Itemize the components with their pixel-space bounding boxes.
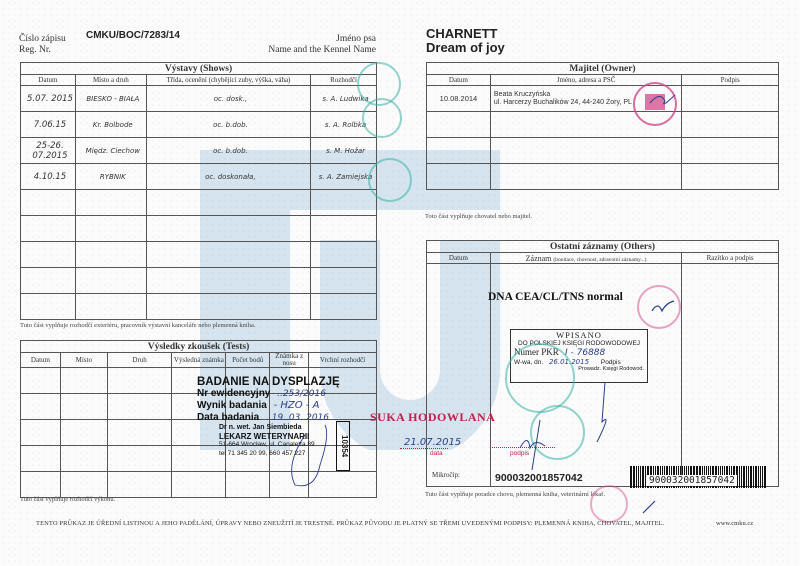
vet-address: 51-664 Wrocław, ul. Canaletta 89 <box>219 441 340 450</box>
dna-result: DNA CEA/CL/TNS normal <box>488 291 623 303</box>
reg-label-en: Reg. Nr. <box>19 45 66 56</box>
owner-col-date: Datum <box>427 75 491 86</box>
reg-number-label: Číslo zápisu Reg. Nr. <box>19 34 66 56</box>
shows-row: 4.10.15RYBNIKoc. doskonała,s. A. Zamiejs… <box>21 164 377 190</box>
shows-cell-judge <box>311 294 377 320</box>
dysplasia-title: BADANIE NA DYSPLAZJĘ <box>197 376 340 388</box>
tests-row <box>21 472 377 498</box>
tests-col-type: Druh <box>107 353 172 368</box>
dysplasia-nr-label: Nr ewidencyjny <box>197 388 270 399</box>
shows-cell-place <box>75 216 146 242</box>
shows-cell-judge <box>311 190 377 216</box>
sign-caption: podpis <box>510 450 529 457</box>
others-col-date: Datum <box>427 253 491 264</box>
dysplasia-result-label: Wynik badania <box>197 400 267 411</box>
owner-table: Majitel (Owner) Datum Jméno, adresa a PS… <box>426 62 779 190</box>
microchip-label: Mikročip: <box>427 465 491 487</box>
shows-cell-result <box>146 242 310 268</box>
shows-cell-date: 25-26. 07.2015 <box>21 138 76 164</box>
shows-cell-judge <box>311 216 377 242</box>
owner-col-signature: Podpis <box>682 75 779 86</box>
dysplasia-result-value: - HZO - A <box>270 400 320 411</box>
dog-name-label: Jméno psa Name and the Kennel Name <box>250 34 376 56</box>
others-col-record-label: Záznam <box>526 254 552 263</box>
teal-stamp-zarzad <box>505 343 575 413</box>
dog-name: CHARNETT Dream of joy <box>426 27 505 55</box>
dysplasia-date-label: Data badania <box>197 412 259 423</box>
owner-note: Toto část vyplňuje chovatel nebo majitel… <box>425 213 532 220</box>
shows-cell-place: RYBNIK <box>75 164 146 190</box>
shows-cell-result <box>146 216 310 242</box>
shows-table: Výstavy (Shows) Datum Místo a druh Třída… <box>20 62 377 320</box>
shows-cell-date <box>21 268 76 294</box>
shows-cell-place <box>75 190 146 216</box>
shows-row <box>21 190 377 216</box>
vet-number-box: 10354 <box>336 421 350 471</box>
shows-note: Tuto část vyplňuje rozhodčí exteriéru, p… <box>20 322 256 329</box>
tests-col-date: Datum <box>21 353 61 368</box>
name-label-en: Name and the Kennel Name <box>250 45 376 56</box>
shows-cell-result: oc. b.dob. <box>146 138 310 164</box>
shows-cell-place: BIESKO - BIAŁA <box>75 86 146 112</box>
shows-col-place: Místo a druh <box>75 75 146 86</box>
shows-cell-date <box>21 190 76 216</box>
shows-row <box>21 242 377 268</box>
breeding-date: 21.07.2015 <box>400 437 448 449</box>
shows-row: 7.06.15Kr. Bolbodeoc. b.dob.s. A. Rolbka <box>21 112 377 138</box>
date-caption: data <box>430 450 443 457</box>
others-col-record-hint: (bonitace, chovnost, zdravotní záznamy..… <box>553 257 646 263</box>
shows-cell-result <box>146 190 310 216</box>
shows-col-class: Třída, ocenění (chybějící zuby, výška, v… <box>146 75 310 86</box>
shows-cell-judge: s. A. Zamiejska <box>311 164 377 190</box>
owner-row: 10.08.2014 Beata Kruczyńska ul. Harcerzy… <box>427 86 779 112</box>
shows-cell-judge: s. M. Hožar <box>311 138 377 164</box>
shows-row: 5.07. 2015BIESKO - BIAŁAoc. dosk.,s. A. … <box>21 86 377 112</box>
website-link[interactable]: www.cmku.cz <box>716 520 753 527</box>
shows-cell-date <box>21 294 76 320</box>
shows-title: Výstavy (Shows) <box>21 63 377 75</box>
others-col-record: Záznam (bonitace, chovnost, zdravotní zá… <box>490 253 681 264</box>
shows-row: 25-26. 07.2015Międz. Ciechowoc. b.dob.s.… <box>21 138 377 164</box>
shows-cell-date <box>21 216 76 242</box>
breeding-stamp: SUKA HODOWLANA <box>370 410 495 425</box>
shows-cell-place <box>75 294 146 320</box>
tests-note: Tuto část vyplňuje rozhodčí výkonu. <box>20 496 115 503</box>
owner-date: 10.08.2014 <box>427 86 491 112</box>
tests-col-nose: Známka z nosu <box>270 353 309 368</box>
shows-col-date: Datum <box>21 75 76 86</box>
microchip-number: 900032001857042 <box>495 472 583 484</box>
vet-phone: tel 71 345 20 99, 660 457 227 <box>219 450 340 459</box>
teal-stamp-3 <box>368 158 412 202</box>
dysplasia-stamp: BADANIE NA DYSPLAZJĘ Nr ewidencyjny ..25… <box>197 376 340 458</box>
shows-cell-judge <box>311 268 377 294</box>
owner-title: Majitel (Owner) <box>427 63 779 75</box>
barcode-text: 900032001857042 <box>647 475 737 486</box>
owner-signature <box>682 86 779 112</box>
reg-label-cz: Číslo zápisu <box>19 34 66 45</box>
shows-cell-date: 7.06.15 <box>21 112 76 138</box>
shows-cell-date: 4.10.15 <box>21 164 76 190</box>
shows-cell-result <box>146 268 310 294</box>
dysplasia-date-value: ..19..03..2016 <box>262 413 329 423</box>
shows-row <box>21 216 377 242</box>
shows-cell-date: 5.07. 2015 <box>21 86 76 112</box>
shows-cell-result: oc. doskonała, <box>146 164 310 190</box>
pink-stamp-others <box>637 285 681 329</box>
dog-name-line1: CHARNETT <box>426 27 505 41</box>
others-col-stamp: Razítko a podpis <box>682 253 779 264</box>
tests-col-grade: Výsledná známka <box>172 353 226 368</box>
tests-col-points: Počet bodů <box>226 353 270 368</box>
shows-cell-result: oc. b.dob. <box>146 112 310 138</box>
others-note: Tuto část vyplňuje poradce chovu, plemen… <box>425 491 605 498</box>
shows-cell-place: Międz. Ciechow <box>75 138 146 164</box>
shows-cell-result: oc. dosk., <box>146 86 310 112</box>
shows-cell-date <box>21 242 76 268</box>
reg-number: CMKU/BOC/7283/14 <box>86 30 180 41</box>
shows-cell-place <box>75 268 146 294</box>
legal-notice: TENTO PRŮKAZ JE ÚŘEDNÍ LISTINOU A JEHO P… <box>36 520 664 527</box>
shows-cell-result <box>146 294 310 320</box>
vet-title: LEKARZ WETERYNARII <box>219 433 340 442</box>
shows-row <box>21 268 377 294</box>
pkr-sign-label: Podpis <box>601 359 621 366</box>
shows-cell-place <box>75 242 146 268</box>
tests-title: Výsledky zkoušek (Tests) <box>21 341 377 353</box>
pink-stamp-footer <box>590 485 628 523</box>
dysplasia-nr-value: ..253/2016 <box>273 389 326 399</box>
dog-name-line2: Dream of joy <box>426 41 505 55</box>
teal-stamp-4 <box>530 405 585 460</box>
shows-cell-judge <box>311 242 377 268</box>
teal-stamp-2 <box>362 98 402 138</box>
tests-col-place: Místo <box>60 353 107 368</box>
tests-col-judge: Vrchní rozhodčí <box>309 353 377 368</box>
cmku-logo-stamp <box>645 94 665 110</box>
shows-row <box>21 294 377 320</box>
pkr-line1: WPISANO <box>511 330 647 340</box>
others-title: Ostatní záznamy (Others) <box>427 241 779 253</box>
name-label-cz: Jméno psa <box>250 34 376 45</box>
shows-cell-place: Kr. Bolbode <box>75 112 146 138</box>
